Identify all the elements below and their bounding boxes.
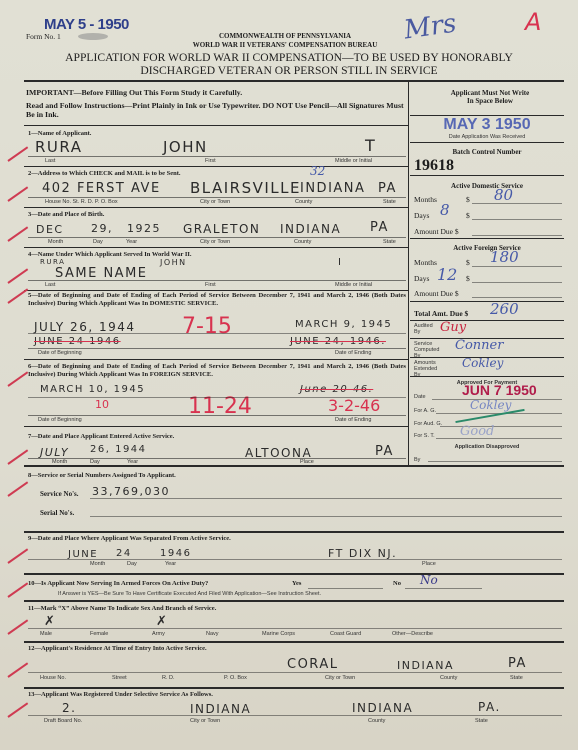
served-middle-initial: I [338,257,342,268]
foreign-days: 12 [437,265,457,284]
instructions-detail: Read and Follow Instructions—Print Plain… [26,101,406,119]
form-title-line1: APPLICATION FOR WORLD WAR II COMPENSATIO… [0,51,578,64]
foreign-months-amount: 180 [490,248,519,266]
section-12-label: 12—Applicant's Residence At Time of Entr… [28,645,207,652]
section-2-label: 2—Address to Which CHECK and MAIL is to … [28,170,181,177]
section-10-label: 10—Is Applicant Now Serving In Armed For… [28,580,208,587]
domestic-period-calc: 7-15 [182,314,232,339]
option-male[interactable]: Male [40,631,52,637]
residence-county: INDIANA [397,659,454,672]
service-number: 33,769,030 [92,485,170,498]
signature-annotation: Mrs [402,8,458,45]
section-1-label: 1—Name of Applicant. [28,130,91,137]
x-mark-icon: ✗ [156,614,168,629]
option-navy[interactable]: Navy [206,631,219,637]
form-title-line2: DISCHARGED VETERAN OR PERSON STILL IN SE… [0,64,578,77]
caption: House No. [40,675,66,681]
draft-board-city: INDIANA [190,702,251,716]
served-name: SAME NAME [55,266,148,281]
section-4-label: 4—Name Under Which Applicant Served In W… [28,251,192,258]
entered-state: PA [375,444,394,459]
birth-state: PA [370,220,389,235]
address-street: 402 FERST AVE [42,181,161,196]
residence-city: CORAL [287,657,338,672]
section-3-label: 3—Date and Place of Birth. [28,211,104,218]
domestic-begin-date: JULY 26, 1944 [34,320,136,334]
audited-by-signature: Guy [440,320,466,335]
amounts-extended-by-signature: Cokley [462,356,503,370]
birth-year: 1925 [127,222,161,235]
domestic-begin-struck: JUNE 24 1946 [34,336,121,347]
applicant-first-name: JOHN [163,138,208,156]
section-13-label: 13—Applicant Was Registered Under Select… [28,691,213,698]
option-army[interactable]: Army [152,631,165,637]
commonwealth-heading: COMMONWEALTH OF PENNSYLVANIA [150,32,420,40]
draft-board-state: PA. [478,700,501,714]
service-computed-by-signature: Conner [455,338,503,353]
caption: P. O. Box [224,675,247,681]
caption: City or Town [325,675,355,681]
option-marine-corps[interactable]: Marine Corps [262,631,295,637]
caption: State [510,675,523,681]
ag-signature: Cokley [470,398,511,412]
birth-county: INDIANA [280,222,341,236]
caption: County [440,675,457,681]
bureau-heading: WORLD WAR II VETERANS' COMPENSATION BURE… [150,41,420,49]
domestic-end-struck: JUNE 24, 1946. [290,336,386,347]
address-city: BLAIRSVILLE [190,179,301,197]
draft-board-number: 2. [62,701,76,715]
x-mark-icon: ✗ [44,614,56,629]
active-duty-no-answer: No [420,573,438,587]
option-coast-guard[interactable]: Coast Guard [330,631,361,637]
date-received-stamp: MAY 3 1950 [410,116,564,134]
form-number: Form No. 1 [26,32,61,41]
separated-day: 24 [116,548,132,559]
instructions-important: IMPORTANT—Before Filling Out This Form S… [26,88,242,97]
section-5-label: 5—Date of Beginning and Date of Ending o… [28,292,406,307]
section-7-label: 7—Date and Place Applicant Entered Activ… [28,433,174,440]
section-6-label: 6—Date of Beginning and Date of Ending o… [28,363,406,378]
batch-control-number: 19618 [414,157,454,175]
seal-stamp-icon [78,33,108,40]
total-amount-due: 260 [490,300,519,318]
section-9-label: 9—Date and Place Where Applicant Was Sep… [28,535,231,542]
birth-day: 29, [91,222,113,235]
residence-state: PA [508,656,527,671]
address-county: INDIANA [300,181,365,196]
address-state: PA [378,181,397,196]
received-stamp: MAY 5 - 1950 [44,16,129,33]
entered-day-year: 26, 1944 [90,444,147,455]
birth-month: DEC [36,223,64,236]
applicant-middle-initial: T [365,136,376,155]
st-signature: Good [460,424,494,439]
section-8-label: 8—Service or Serial Numbers Assigned To … [28,472,176,479]
foreign-begin-date: MARCH 10, 1945 [40,384,145,395]
option-other-describe[interactable]: Other—Describe [392,631,433,637]
application-form: MAY 5 - 1950 Form No. 1 COMMONWEALTH OF … [0,0,578,750]
option-female[interactable]: Female [90,631,108,637]
approved-date-stamp: JUN 7 1950 [462,382,537,398]
domestic-end-date: MARCH 9, 1945 [295,319,392,330]
foreign-end-date: 3-2-46 [328,396,380,415]
section-11-label: 11—Mark “X” Above Name To Indicate Sex A… [28,605,216,612]
applicant-last-name: RURA [35,138,82,156]
domestic-months-amount: 80 [494,186,513,204]
birth-city: GRALETON [183,222,260,236]
domestic-days: 8 [440,201,450,219]
draft-board-county: INDIANA [352,701,413,715]
foreign-end-struck: June 20 46. [300,384,373,395]
letter-annotation: A [525,8,541,36]
caption: R. D. [162,675,175,681]
caption: Street [112,675,127,681]
separated-year: 1946 [160,548,191,559]
